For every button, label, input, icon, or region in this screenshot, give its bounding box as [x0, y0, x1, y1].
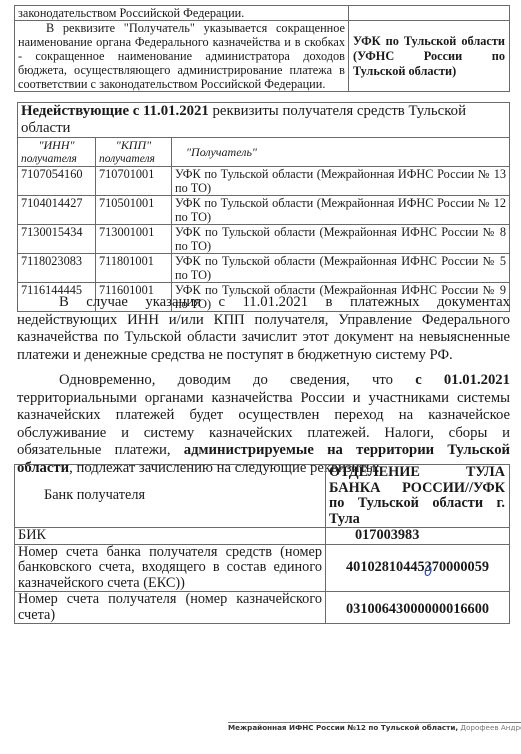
- table-row: 7104014427 710501001 УФК по Тульской обл…: [18, 196, 510, 225]
- treasury-account-value: 03100643000000016600: [326, 592, 510, 624]
- inn-cell: 7130015434: [18, 225, 96, 254]
- bank-account-value: 40102810445370000059: [326, 544, 510, 592]
- kpp-cell: 710501001: [96, 196, 172, 225]
- inn-cell: 7107054160: [18, 167, 96, 196]
- table-row: 7118023083 711801001 УФК по Тульской обл…: [18, 254, 510, 283]
- new-requisites-table: Банк получателя ОТДЕЛЕНИЕ ТУЛА БАНКА РОС…: [14, 464, 510, 624]
- invalid-requisites-table: Недействующие с 11.01.2021 реквизиты пол…: [17, 102, 510, 312]
- recipient-value: УФК по Тульской области (УФНС России по …: [353, 34, 505, 79]
- recipient-cell: УФК по Тульской области (Межрайонная ИФН…: [172, 167, 510, 196]
- title-bold-part: Недействующие с 11.01.2021: [21, 103, 209, 119]
- header-kpp: "КПП"получателя: [96, 138, 172, 167]
- instruction-empty-cell: [349, 6, 510, 21]
- recipient-cell: УФК по Тульской области (Межрайонная ИФН…: [172, 196, 510, 225]
- invalid-requisites-warning: В случае указания с 11.01.2021 в платежн…: [17, 294, 510, 364]
- digital-signature-stamp: Межрайонная ИФНС России №12 по Тульской …: [228, 722, 521, 738]
- kpp-cell: 710701001: [96, 167, 172, 196]
- table-row: 7130015434 713001001 УФК по Тульской обл…: [18, 225, 510, 254]
- table-row: 7107054160 710701001 УФК по Тульской обл…: [18, 167, 510, 196]
- inn-cell: 7118023083: [18, 254, 96, 283]
- recipient-cell: УФК по Тульской области (Межрайонная ИФН…: [172, 254, 510, 283]
- bank-label: Банк получателя: [15, 465, 326, 528]
- inn-cell: 7104014427: [18, 196, 96, 225]
- bik-label: БИК: [15, 528, 326, 545]
- stamp-illegible-line: [228, 733, 521, 738]
- stamp-organization: Межрайонная ИФНС России №12 по Тульской …: [228, 723, 458, 732]
- handwritten-mark: 0: [424, 565, 432, 580]
- header-recipient: "Получатель": [172, 138, 510, 167]
- recipient-instruction-table: законодательством Российской Федерации. …: [14, 5, 510, 92]
- bik-value: 017003983: [326, 528, 510, 545]
- recipient-instruction-text: В реквизите "Получатель" указывается сок…: [15, 21, 349, 92]
- table-row: Банк получателя ОТДЕЛЕНИЕ ТУЛА БАНКА РОС…: [15, 465, 510, 528]
- invalid-requisites-title: Недействующие с 11.01.2021 реквизиты пол…: [18, 103, 510, 138]
- table-row: Номер счета банка получателя средств (но…: [15, 544, 510, 592]
- stamp-person: Дорофеев Андрей Михайлович: [458, 723, 521, 732]
- recipient-value-cell: УФК по Тульской области (УФНС России по …: [349, 21, 510, 92]
- instruction-text-cont: законодательством Российской Федерации.: [15, 6, 349, 21]
- recipient-cell: УФК по Тульской области (Межрайонная ИФН…: [172, 225, 510, 254]
- kpp-cell: 711801001: [96, 254, 172, 283]
- table-row: БИК 017003983: [15, 528, 510, 545]
- treasury-account-label: Номер счета получателя (номер казначейск…: [15, 592, 326, 624]
- header-inn: "ИНН"получателя: [18, 138, 96, 167]
- treasury-transition-notice: Одновременно, доводим до сведения, что с…: [17, 372, 510, 478]
- kpp-cell: 713001001: [96, 225, 172, 254]
- bank-account-label: Номер счета банка получателя средств (но…: [15, 544, 326, 592]
- table-row: Номер счета получателя (номер казначейск…: [15, 592, 510, 624]
- bank-value: ОТДЕЛЕНИЕ ТУЛА БАНКА РОССИИ//УФК по Туль…: [326, 465, 510, 528]
